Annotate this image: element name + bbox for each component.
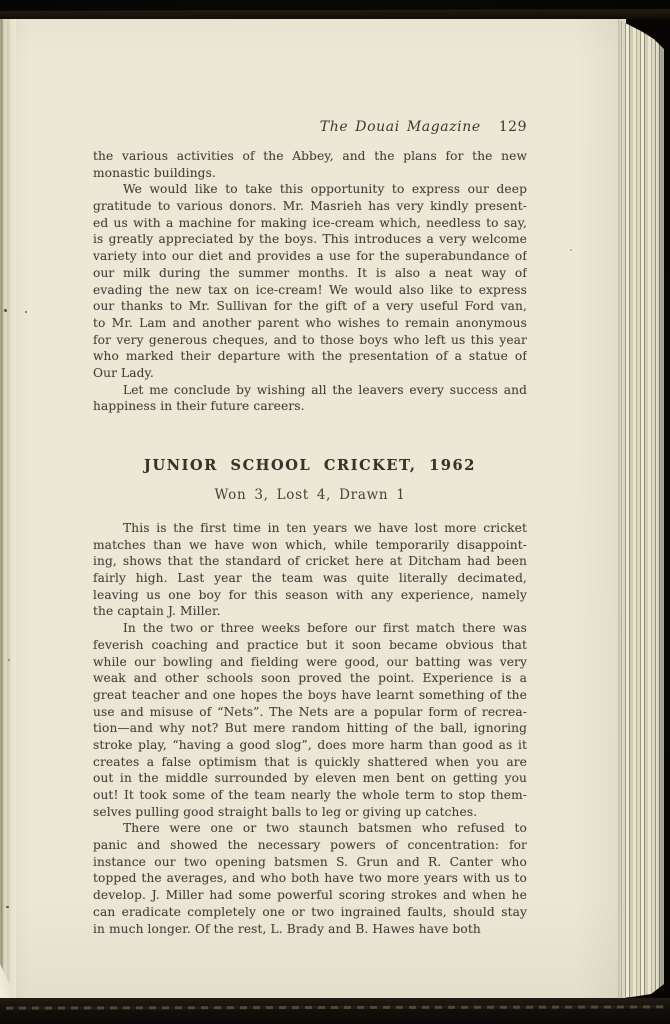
text-line: can eradicate completely one or two ingr… bbox=[93, 904, 527, 921]
text-line: to Mr. Lam and another parent who wishes… bbox=[93, 315, 527, 332]
text-line: monastic buildings. bbox=[93, 165, 527, 182]
paragraph: Let me conclude by wishing all the leave… bbox=[93, 382, 527, 415]
text-line: out! It took some of the team nearly the… bbox=[93, 787, 527, 804]
text-line: great teacher and one hopes the boys hav… bbox=[93, 687, 527, 704]
text-line: leaving us one boy for this season with … bbox=[93, 587, 527, 604]
text-line: tion—and why not? But mere random hittin… bbox=[93, 720, 527, 737]
text-line: develop. J. Miller had some powerful sco… bbox=[93, 887, 527, 904]
text-line: This is the first time in ten years we h… bbox=[93, 520, 527, 537]
paragraph: There were one or two staunch batsmen wh… bbox=[93, 820, 527, 937]
text-line: happiness in their future careers. bbox=[93, 398, 527, 415]
paper-speck bbox=[8, 659, 10, 661]
text-line: weak and other schools soon proved the p… bbox=[93, 670, 527, 687]
text-line: ed us with a machine for making ice-crea… bbox=[93, 215, 527, 232]
text-line: ing, shows that the standard of cricket … bbox=[93, 553, 527, 570]
text-line: gratitude to various donors. Mr. Masrieh… bbox=[93, 198, 527, 215]
text-line: stroke play, “having a good slog”, does … bbox=[93, 737, 527, 754]
section-subheading: Won 3, Lost 4, Drawn 1 bbox=[93, 487, 527, 503]
paper-speck bbox=[570, 249, 572, 251]
paper-speck bbox=[4, 309, 7, 312]
stitch-line bbox=[6, 1005, 664, 1009]
text-line: Our Lady. bbox=[93, 365, 527, 382]
text-line: We would like to take this opportunity t… bbox=[93, 181, 527, 198]
text-line: panic and showed the necessary powers of… bbox=[93, 837, 527, 854]
text-line: our thanks to Mr. Sullivan for the gift … bbox=[93, 298, 527, 315]
paragraph: In the two or three weeks before our fir… bbox=[93, 620, 527, 820]
text-column: The Douai Magazine 129 the various activ… bbox=[93, 119, 527, 937]
text-line: instance our two opening batsmen S. Grun… bbox=[93, 854, 527, 871]
section-heading: JUNIOR SCHOOL CRICKET, 1962 bbox=[93, 457, 527, 474]
page-number: 129 bbox=[499, 119, 527, 135]
page-stack-right-edge bbox=[618, 19, 664, 998]
text-line: topped the averages, and who both have t… bbox=[93, 870, 527, 887]
paragraph: This is the first time in ten years we h… bbox=[93, 520, 527, 620]
text-line: selves pulling good straight balls to le… bbox=[93, 804, 527, 821]
text-line: the captain J. Miller. bbox=[93, 603, 527, 620]
body-text: the various activities of the Abbey, and… bbox=[93, 148, 527, 937]
text-line: matches than we have won which, while te… bbox=[93, 537, 527, 554]
text-line: use and misuse of “Nets”. The Nets are a… bbox=[93, 704, 527, 721]
page-left-fore-edge bbox=[0, 19, 16, 998]
text-line: There were one or two staunch batsmen wh… bbox=[93, 820, 527, 837]
text-line: in much longer. Of the rest, L. Brady an… bbox=[93, 921, 527, 938]
text-line: feverish coaching and practice but it so… bbox=[93, 637, 527, 654]
magazine-title: The Douai Magazine bbox=[320, 119, 481, 135]
text-line: evading the new tax on ice-cream! We wou… bbox=[93, 282, 527, 299]
text-line: Let me conclude by wishing all the leave… bbox=[93, 382, 527, 399]
text-line: who marked their departure with the pres… bbox=[93, 348, 527, 365]
text-line: out in the middle surrounded by eleven m… bbox=[93, 770, 527, 787]
scanned-book-photo: The Douai Magazine 129 the various activ… bbox=[0, 0, 670, 1024]
text-line: the various activities of the Abbey, and… bbox=[93, 148, 527, 165]
book-cover-bottom-edge bbox=[0, 998, 670, 1024]
text-line: fairly high. Last year the team was quit… bbox=[93, 570, 527, 587]
text-line: while our bowling and fielding were good… bbox=[93, 654, 527, 671]
paper-speck bbox=[25, 311, 27, 313]
text-line: creates a false optimism that is quickly… bbox=[93, 754, 527, 771]
text-line: for very generous cheques, and to those … bbox=[93, 332, 527, 349]
text-line: is greatly appreciated by the boys. This… bbox=[93, 231, 527, 248]
page-header: The Douai Magazine 129 bbox=[93, 119, 527, 135]
paragraph: We would like to take this opportunity t… bbox=[93, 181, 527, 381]
magazine-page: The Douai Magazine 129 the various activ… bbox=[0, 19, 626, 998]
paragraph: the various activities of the Abbey, and… bbox=[93, 148, 527, 181]
text-line: our milk during the summer months. It is… bbox=[93, 265, 527, 282]
text-line: In the two or three weeks before our fir… bbox=[93, 620, 527, 637]
text-line: variety into our diet and provides a use… bbox=[93, 248, 527, 265]
paper-speck bbox=[6, 906, 9, 908]
